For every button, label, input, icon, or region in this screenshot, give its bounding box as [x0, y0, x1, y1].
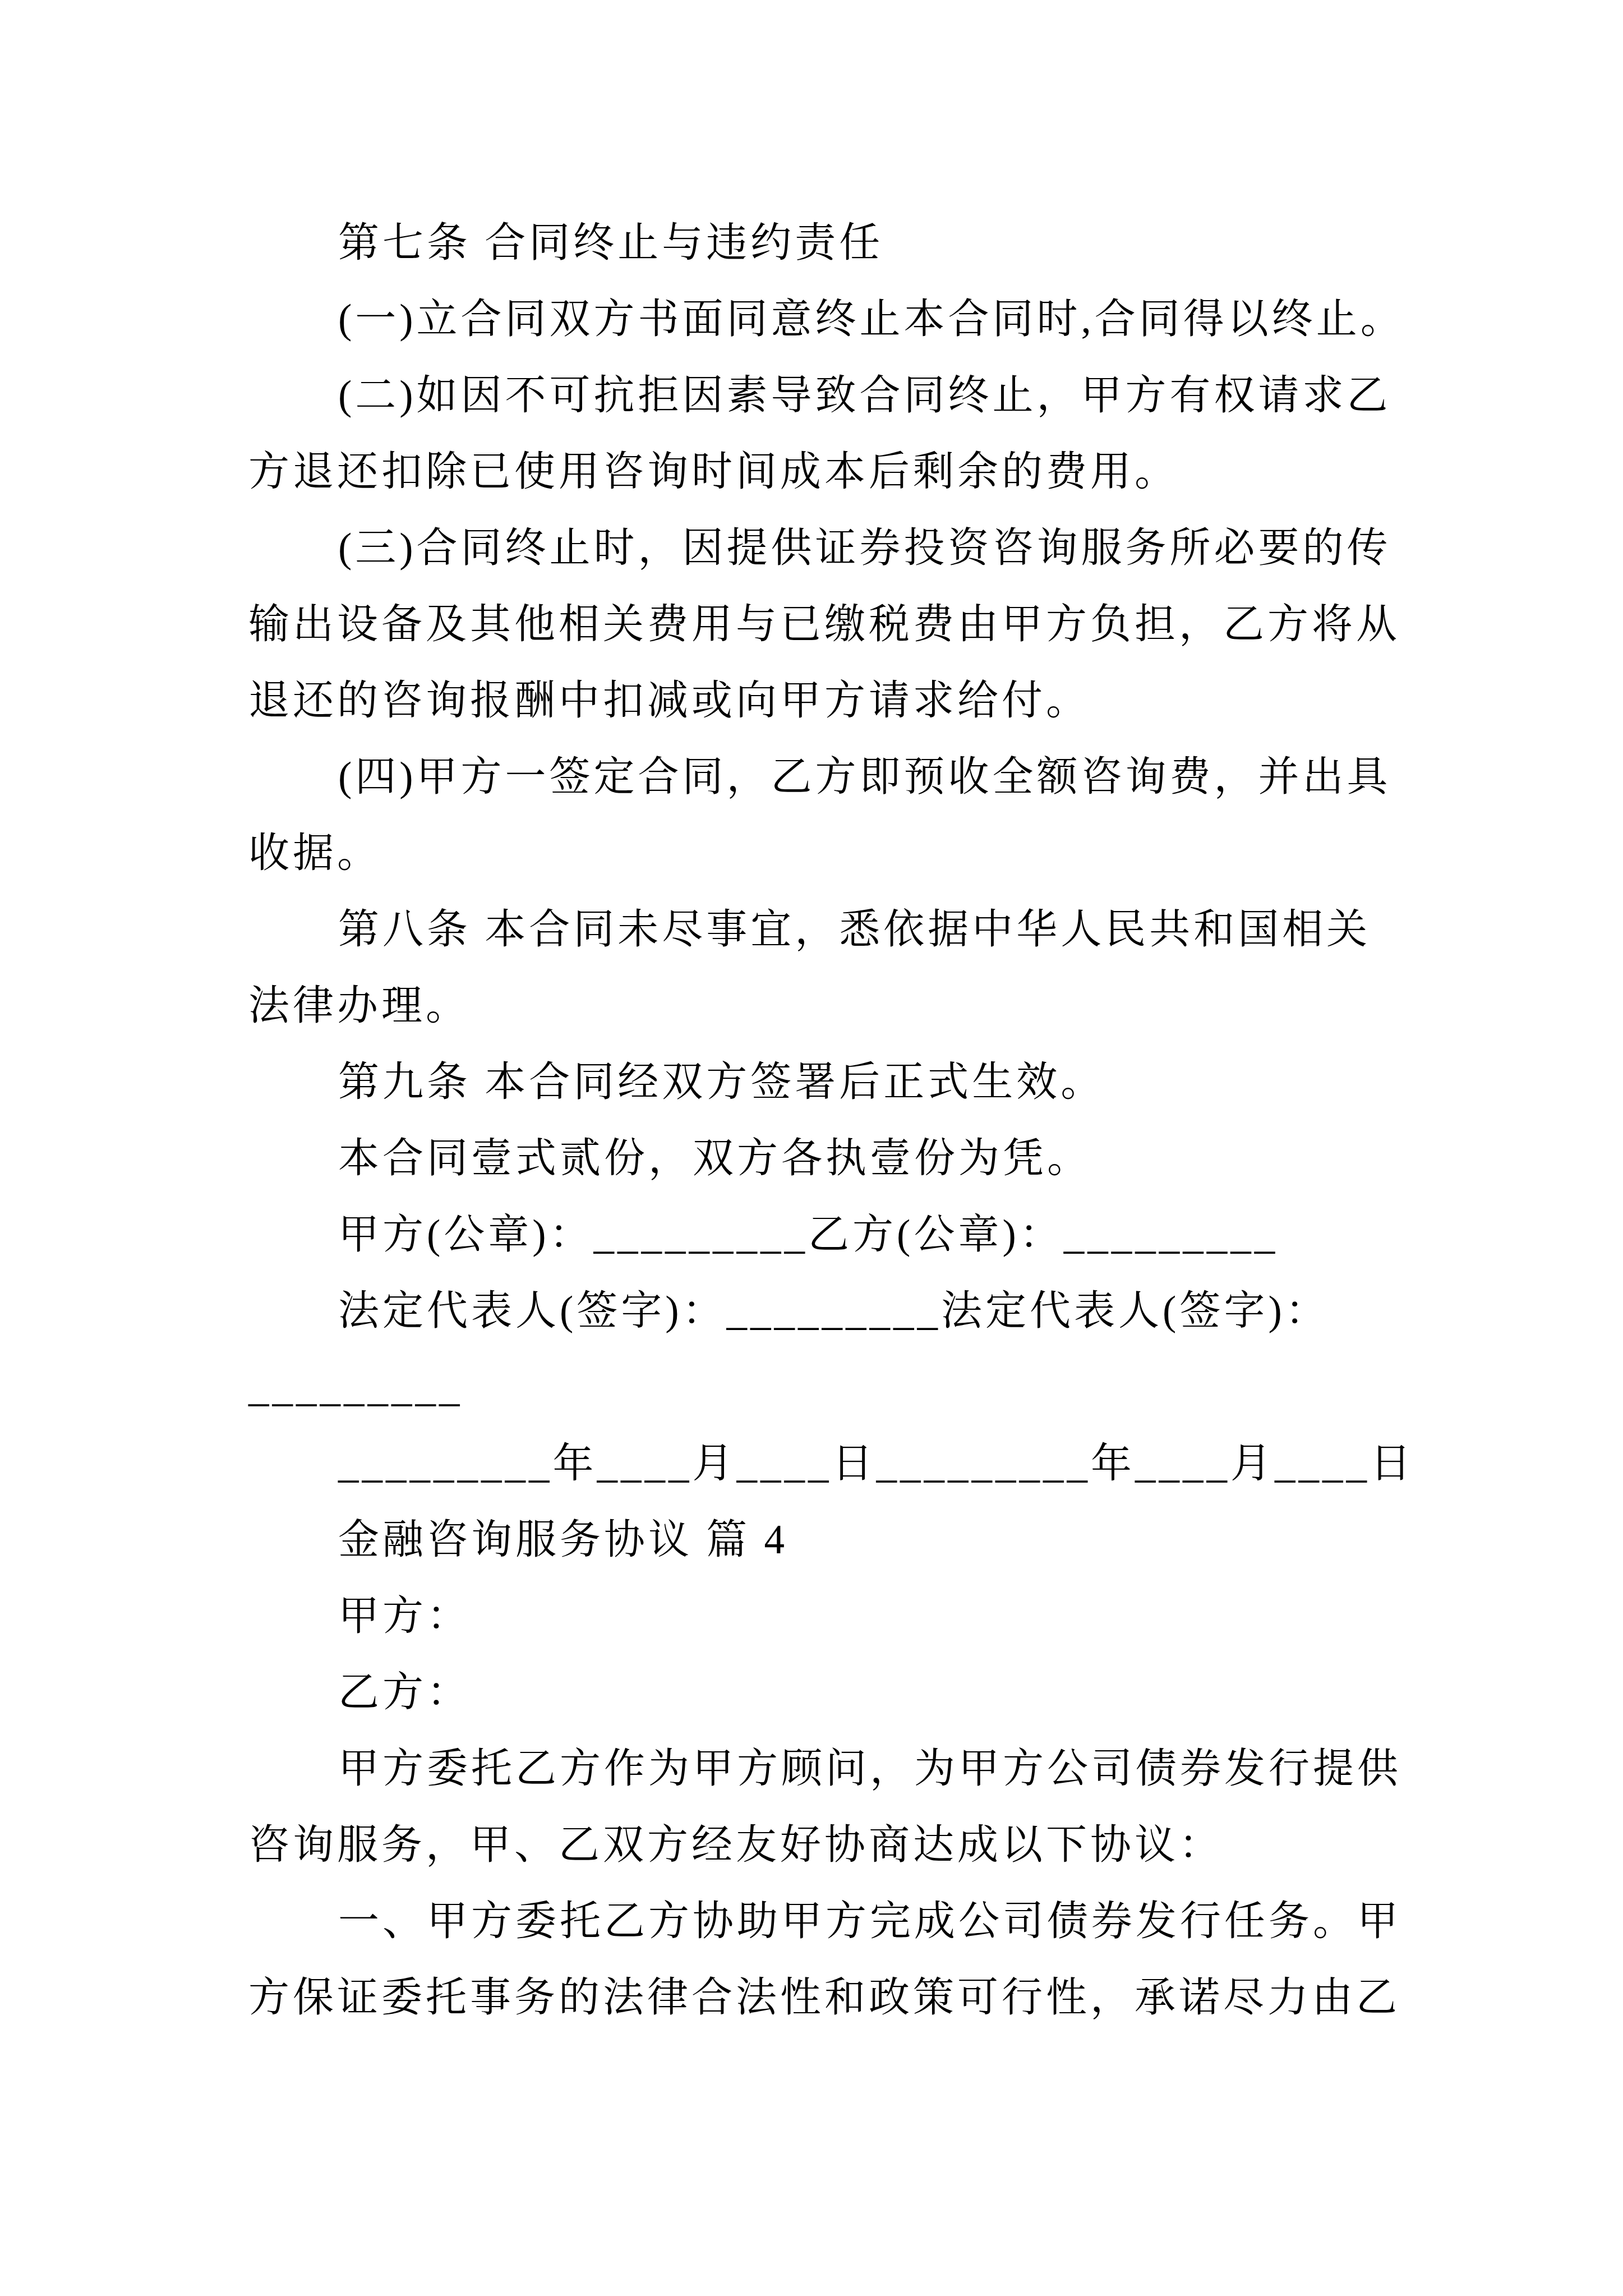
- clause-7-item-2-cont: 方退还扣除已使用咨询时间成本后剩余的费用。: [248, 434, 1377, 510]
- clause-9-line: 第九条 本合同经双方签署后正式生效。: [248, 1044, 1377, 1120]
- signature-blank-line: _________: [248, 1349, 1377, 1425]
- clause-7-item-4-cont: 收据。: [248, 815, 1377, 891]
- clause-7-item-3-cont-1: 输出设备及其他相关费用与已缴税费由甲方负担，乙方将从: [248, 586, 1377, 662]
- party-a-line: 甲方：: [248, 1578, 1377, 1654]
- contract-text-block: 第七条 合同终止与违约责任 (一)立合同双方书面同意终止本合同时,合同得以终止。…: [0, 0, 1623, 2036]
- seal-signature-line: 甲方(公章)：_________乙方(公章)：_________: [248, 1197, 1377, 1273]
- document-page: 第七条 合同终止与违约责任 (一)立合同双方书面同意终止本合同时,合同得以终止。…: [0, 0, 1623, 2296]
- clause-7-item-2: (二)如因不可抗拒因素导致合同终止，甲方有权请求乙: [248, 357, 1377, 434]
- clause-7-item-3: (三)合同终止时，因提供证券投资咨询服务所必要的传: [248, 510, 1377, 586]
- clause-7-item-1: (一)立合同双方书面同意终止本合同时,合同得以终止。: [248, 281, 1377, 357]
- date-line: _________年____月____日_________年____月____日: [248, 1425, 1377, 1502]
- clause-8-line-1: 第八条 本合同未尽事宜，悉依据中华人民共和国相关: [248, 891, 1377, 968]
- clause-7-item-3-cont-2: 退还的咨询报酬中扣减或向甲方请求给付。: [248, 662, 1377, 739]
- copies-statement-line: 本合同壹式贰份，双方各执壹份为凭。: [248, 1120, 1377, 1197]
- intro-line-2: 咨询服务，甲、乙双方经友好协商达成以下协议：: [248, 1807, 1377, 1883]
- representative-signature-line: 法定代表人(签字)：_________法定代表人(签字)：: [248, 1273, 1377, 1349]
- item-1-line-2: 方保证委托事务的法律合法性和政策可行性，承诺尽力由乙: [248, 1959, 1377, 2036]
- section-4-title: 金融咨询服务协议 篇 4: [248, 1502, 1377, 1578]
- clause-7-heading: 第七条 合同终止与违约责任: [248, 205, 1377, 281]
- item-1-line-1: 一、甲方委托乙方协助甲方完成公司债券发行任务。甲: [248, 1883, 1377, 1959]
- party-b-line: 乙方：: [248, 1654, 1377, 1731]
- clause-8-line-2: 法律办理。: [248, 968, 1377, 1044]
- clause-7-item-4: (四)甲方一签定合同，乙方即预收全额咨询费，并出具: [248, 739, 1377, 815]
- intro-line-1: 甲方委托乙方作为甲方顾问，为甲方公司债券发行提供: [248, 1731, 1377, 1807]
